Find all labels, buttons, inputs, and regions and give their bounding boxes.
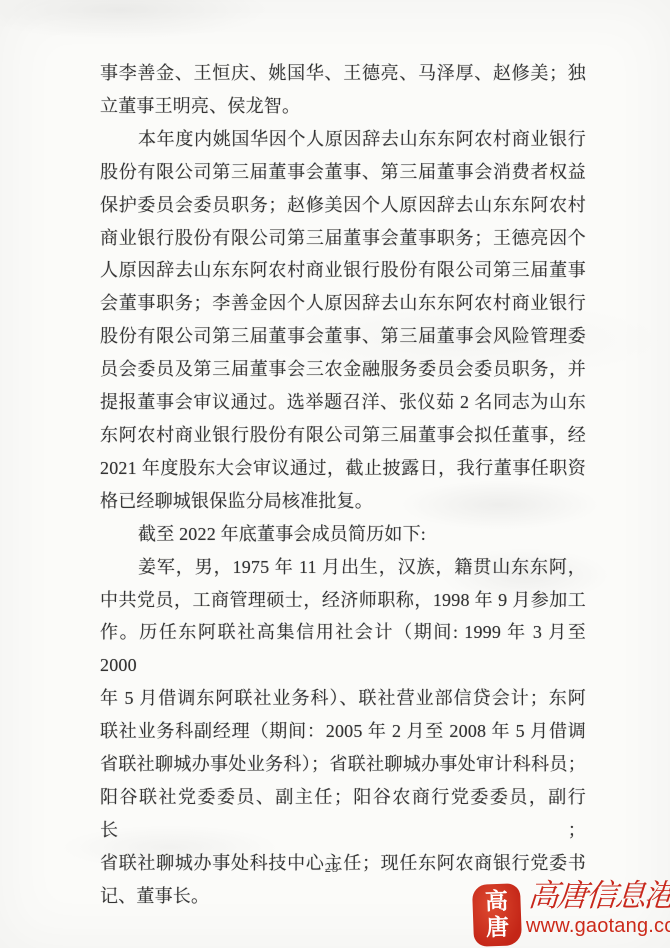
gaotang-watermark: 高 唐 高唐信息港 www.gaotang.cc: [470, 876, 670, 948]
watermark-site-name: 高唐信息港: [527, 876, 670, 916]
watermark-site-url: www.gaotang.cc: [526, 915, 670, 938]
document-body-text: 事李善金、王恒庆、姚国华、王德亮、马泽厚、赵修美；独 立董事王明亮、侯龙智。 本…: [100, 57, 586, 913]
text-line: 股份有限公司第三届董事会董事、第三届董事会风险管理委: [100, 320, 586, 353]
text-line: 员会委员及第三届董事会三农金融服务委员会委员职务，并: [100, 353, 586, 386]
gaotang-seal-icon: 高 唐: [472, 883, 522, 947]
text-line: 姜军，男，1975 年 11 月出生，汉族，籍贯山东东阿，: [100, 551, 586, 584]
text-line: 股份有限公司第三届董事会董事、第三届董事会消费者权益: [100, 156, 586, 189]
text-line: 年 5 月借调东阿联社业务科）、联社营业部信贷会计；东阿: [100, 682, 586, 715]
text-line: 作。历任东阿联社高集信用社会计（期间: 1999 年 3 月至 2000: [100, 616, 586, 682]
text-line: 2021 年度股东大会审议通过，截止披露日，我行董事任职资: [100, 452, 586, 485]
scanned-document-page: 事李善金、王恒庆、姚国华、王德亮、马泽厚、赵修美；独 立董事王明亮、侯龙智。 本…: [0, 0, 670, 948]
text-line: 中共党员，工商管理硕士，经济师职称，1998 年 9 月参加工: [100, 584, 586, 617]
text-line: 截至 2022 年底董事会成员简历如下:: [100, 518, 586, 551]
text-line: 联社业务科副经理（期间：2005 年 2 月至 2008 年 5 月借调: [100, 715, 586, 748]
text-line: 人原因辞去山东东阿农村商业银行股份有限公司第三届董事: [100, 254, 586, 287]
page-number: 23: [0, 861, 664, 876]
text-line: 省联社聊城办事处业务科）；省联社聊城办事处审计科科员；: [100, 748, 586, 781]
seal-char-top: 高: [485, 889, 509, 916]
text-line: 保护委员会委员职务；赵修美因个人原因辞去山东东阿农村: [100, 189, 586, 222]
text-line: 提报董事会审议通过。选举题召洋、张仪茹 2 名同志为山东: [100, 386, 586, 419]
text-line: 格已经聊城银保监分局核准批复。: [100, 485, 586, 518]
scan-smudge: [0, 0, 270, 40]
seal-char-bottom: 唐: [486, 915, 510, 942]
text-line: 会董事职务；李善金因个人原因辞去山东东阿农村商业银行: [100, 287, 586, 320]
text-line: 东阿农村商业银行股份有限公司第三届董事会拟任董事，经: [100, 419, 586, 452]
text-line: 本年度内姚国华因个人原因辞去山东东阿农村商业银行: [100, 123, 586, 156]
text-line: 立董事王明亮、侯龙智。: [100, 90, 586, 123]
text-line: 事李善金、王恒庆、姚国华、王德亮、马泽厚、赵修美；独: [100, 57, 586, 90]
text-line: 阳谷联社党委委员、副主任；阳谷农商行党委委员，副行长；: [100, 781, 586, 847]
text-line: 商业银行股份有限公司第三届董事会董事职务；王德亮因个: [100, 222, 586, 255]
